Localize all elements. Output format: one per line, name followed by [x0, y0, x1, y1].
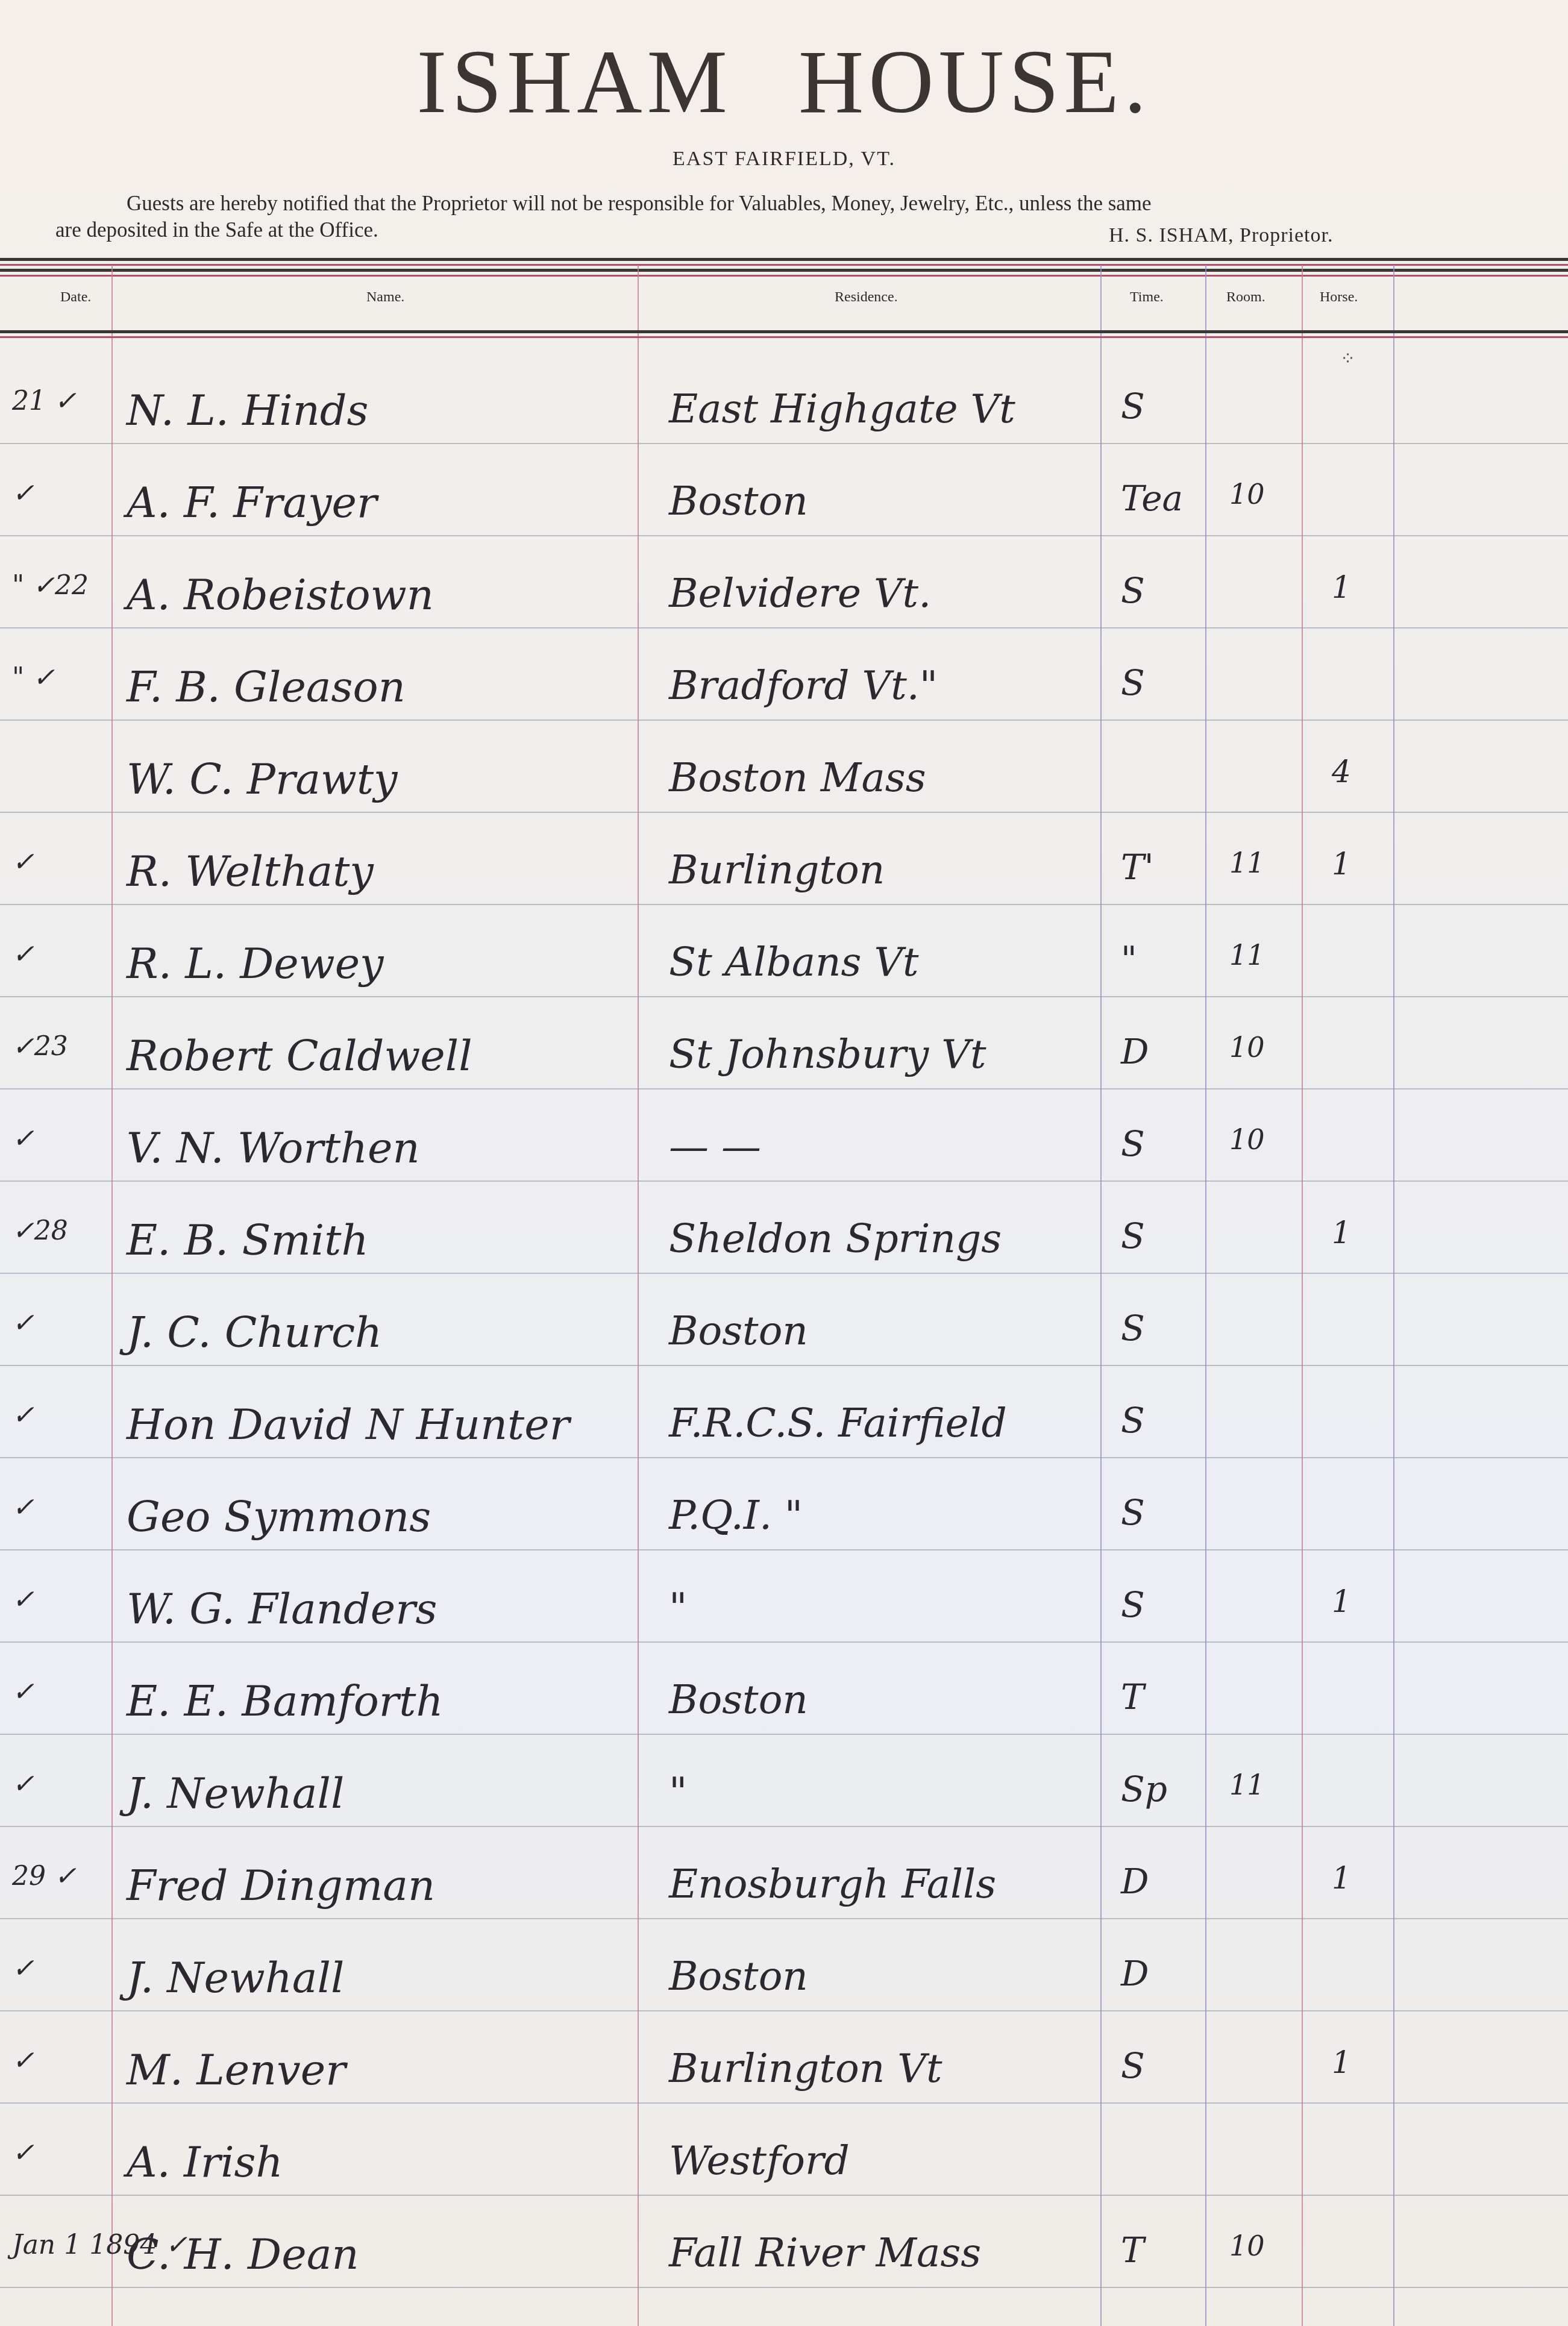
entry-date: " ✓22	[12, 570, 89, 601]
entry-date: ✓	[12, 1492, 34, 1523]
entry-name: J. Newhall	[127, 1953, 344, 2002]
ruled-line	[0, 2010, 1568, 2011]
entry-name: Geo Symmons	[127, 1492, 431, 1541]
register-row: ✓J. NewhallBostonD	[0, 1935, 1568, 2024]
entry-room: 11	[1229, 847, 1265, 879]
entry-date: ✓	[12, 2045, 34, 2076]
entry-time: Sp	[1121, 1769, 1167, 1810]
ruled-line	[0, 535, 1568, 536]
ruled-line	[0, 627, 1568, 629]
entry-date: ✓	[12, 1769, 34, 1799]
entry-name: Fred Dingman	[127, 1861, 435, 1910]
entry-name: M. Lenver	[127, 2045, 346, 2095]
entry-date: ✓	[12, 1308, 34, 1338]
register-row: ✓23Robert CaldwellSt Johnsbury VtD10	[0, 1013, 1568, 1102]
entry-residence: P.Q.I. "	[669, 1492, 803, 1538]
register-row: ✓W. G. Flanders"S1	[0, 1566, 1568, 1655]
entry-residence: Boston	[669, 1953, 808, 1999]
entry-date: ✓	[12, 847, 34, 877]
ruled-line	[0, 1365, 1568, 1366]
ruled-line	[0, 1088, 1568, 1089]
entry-residence: Boston	[669, 478, 808, 524]
entry-date: ✓	[12, 1953, 34, 1984]
entry-name: A. Robeistown	[127, 570, 434, 619]
entry-time: S	[1121, 1215, 1145, 1256]
entry-time: S	[1121, 1308, 1145, 1349]
register-row: ✓J. C. ChurchBostonS	[0, 1290, 1568, 1379]
entry-date: ✓	[12, 1123, 34, 1154]
entry-horse: 1	[1332, 2045, 1351, 2080]
ruled-line	[0, 904, 1568, 905]
register-row: ✓V. N. Worthen— —S10	[0, 1105, 1568, 1194]
register-row: ✓Geo SymmonsP.Q.I. "S	[0, 1474, 1568, 1563]
register-row: ✓R. WelthatyBurlingtonT'111	[0, 829, 1568, 918]
entry-date: 29 ✓	[12, 1861, 77, 1892]
ruled-line	[0, 719, 1568, 721]
entry-residence: Belvidere Vt.	[669, 570, 931, 616]
entry-name: E. B. Smith	[127, 1215, 368, 1265]
entry-residence: Burlington Vt	[669, 2045, 942, 2092]
entry-name: C. H. Dean	[127, 2230, 359, 2279]
ruled-line	[0, 2195, 1568, 2196]
entry-name: A. Irish	[127, 2137, 283, 2187]
entry-residence: Enosburgh Falls	[669, 1861, 996, 1907]
register-page: ISHAMHOUSE. EAST FAIRFIELD, VT. Guests a…	[0, 0, 1568, 2326]
entry-time: D	[1121, 1861, 1149, 1902]
entry-name: A. F. Frayer	[127, 478, 377, 527]
register-row: " ✓22A. RobeistownBelvidere Vt.S1	[0, 552, 1568, 641]
register-row: ✓28E. B. SmithSheldon SpringsS1	[0, 1197, 1568, 1287]
register-row: ✓Hon David N HunterF.R.C.S. FairfieldS	[0, 1382, 1568, 1471]
ruled-line	[0, 1734, 1568, 1735]
entry-residence: Westford	[669, 2137, 850, 2184]
entry-horse: 1	[1332, 1584, 1351, 1619]
entry-date: ✓	[12, 1400, 34, 1431]
ruled-line	[0, 1826, 1568, 1827]
entry-name: R. L. Dewey	[127, 939, 384, 988]
ruled-line	[0, 1641, 1568, 1643]
entry-name: W. G. Flanders	[127, 1584, 437, 1634]
entry-date: ✓23	[12, 1031, 68, 1062]
register-row: 29 ✓Fred DingmanEnosburgh FallsD1	[0, 1843, 1568, 1932]
entry-residence: Burlington	[669, 847, 885, 893]
entry-name: Hon David N Hunter	[127, 1400, 569, 1449]
entry-name: W. C. Prawty	[127, 754, 398, 804]
entry-residence: Boston	[669, 1308, 808, 1354]
ruled-line	[0, 996, 1568, 997]
register-row: ✓R. L. DeweySt Albans Vt"11	[0, 921, 1568, 1010]
register-header: ISHAMHOUSE. EAST FAIRFIELD, VT. Guests a…	[0, 0, 1568, 265]
entry-date: ✓	[12, 939, 34, 970]
ruled-line	[0, 1918, 1568, 1919]
header-rule-bottom	[0, 330, 1568, 341]
entry-name: F. B. Gleason	[127, 662, 406, 712]
entry-room: 10	[1229, 1031, 1265, 1064]
ruled-line	[0, 1273, 1568, 1274]
hotel-title: ISHAMHOUSE.	[0, 30, 1568, 134]
col-header-residence: Residence.	[835, 289, 898, 306]
entry-time: S	[1121, 1400, 1145, 1441]
entry-time: S	[1121, 1123, 1145, 1164]
entry-room: 10	[1229, 478, 1265, 510]
col-header-horse: Horse.	[1320, 289, 1358, 306]
hotel-location: EAST FAIRFIELD, VT.	[0, 148, 1568, 171]
entry-date: ✓	[12, 1676, 34, 1707]
entry-time: S	[1121, 1492, 1145, 1533]
register-row: " ✓F. B. GleasonBradford Vt."S	[0, 644, 1568, 733]
ruled-line	[0, 1457, 1568, 1458]
ruled-line	[0, 2102, 1568, 2104]
entry-name: R. Welthaty	[127, 847, 374, 896]
register-row: W. C. PrawtyBoston Mass4	[0, 736, 1568, 826]
entry-residence: Sheldon Springs	[669, 1215, 1002, 1262]
entry-time: T'	[1121, 847, 1154, 888]
col-header-room: Room.	[1226, 289, 1265, 306]
register-row: ✓M. LenverBurlington VtS1	[0, 2027, 1568, 2116]
entry-residence: Fall River Mass	[669, 2230, 981, 2276]
ink-speck: ⁘	[1340, 348, 1355, 369]
entry-time: S	[1121, 570, 1145, 611]
entry-residence: Boston Mass	[669, 754, 926, 801]
entry-time: D	[1121, 1031, 1149, 1072]
entry-time: T	[1121, 1676, 1144, 1717]
entry-residence: East Highgate Vt	[669, 386, 1015, 432]
ruled-line	[0, 2287, 1568, 2288]
register-row: Jan 1 1894 ✓C. H. DeanFall River MassT10	[0, 2212, 1568, 2301]
entry-horse: 4	[1332, 754, 1351, 789]
title-word-house: HOUSE.	[798, 32, 1152, 132]
register-row: 21 ✓N. L. HindsEast Highgate VtS	[0, 368, 1568, 457]
ruled-line	[0, 1180, 1568, 1182]
entry-time: D	[1121, 1953, 1149, 1994]
entry-residence: Bradford Vt."	[669, 662, 938, 709]
entry-residence: — —	[669, 1123, 761, 1170]
header-rule-top	[0, 258, 1568, 280]
col-header-time: Time.	[1130, 289, 1164, 306]
entry-room: 11	[1229, 939, 1265, 971]
entry-residence: Boston	[669, 1676, 808, 1723]
entry-date: ✓28	[12, 1215, 68, 1246]
entry-date: " ✓	[12, 662, 55, 693]
entry-residence: St Johnsbury Vt	[669, 1031, 986, 1077]
ruled-line	[0, 443, 1568, 444]
entry-name: V. N. Worthen	[127, 1123, 420, 1173]
proprietor-name: H. S. ISHAM, Proprietor.	[1109, 224, 1334, 247]
entry-date: 21 ✓	[12, 386, 77, 416]
entry-horse: 1	[1332, 847, 1351, 882]
entry-room: 11	[1229, 1769, 1265, 1801]
entry-time: S	[1121, 386, 1145, 427]
entry-time: "	[1121, 939, 1137, 980]
entry-room: 10	[1229, 2230, 1265, 2262]
ruled-line	[0, 1549, 1568, 1550]
entry-time: T	[1121, 2230, 1144, 2271]
register-row: ✓J. Newhall"Sp11	[0, 1751, 1568, 1840]
entry-residence: St Albans Vt	[669, 939, 919, 985]
liability-notice-line1: Guests are hereby notified that the Prop…	[127, 192, 1152, 216]
entry-date: ✓	[12, 2137, 34, 2168]
entry-residence: F.R.C.S. Fairfield	[669, 1400, 1007, 1446]
entry-room: 10	[1229, 1123, 1265, 1156]
entry-time: S	[1121, 662, 1145, 703]
entry-name: J. Newhall	[127, 1769, 344, 1818]
entry-name: Robert Caldwell	[127, 1031, 472, 1080]
entry-name: N. L. Hinds	[127, 386, 369, 435]
entry-residence: "	[669, 1769, 687, 1815]
entry-time: Tea	[1121, 478, 1183, 519]
entry-date: ✓	[12, 478, 34, 509]
col-header-name: Name.	[366, 289, 404, 306]
entry-name: E. E. Bamforth	[127, 1676, 443, 1726]
entry-time: S	[1121, 1584, 1145, 1625]
title-word-isham: ISHAM	[417, 32, 732, 132]
entry-time: S	[1121, 2045, 1145, 2086]
entry-horse: 1	[1332, 1215, 1351, 1250]
entry-horse: 1	[1332, 1861, 1351, 1896]
liability-notice-line2: are deposited in the Safe at the Office.	[55, 218, 378, 242]
entry-date: ✓	[12, 1584, 34, 1615]
register-row: ✓E. E. BamforthBostonT	[0, 1658, 1568, 1748]
entry-residence: "	[669, 1584, 687, 1631]
register-row: ✓A. F. FrayerBostonTea10	[0, 460, 1568, 549]
entry-name: J. C. Church	[127, 1308, 382, 1357]
entry-horse: 1	[1332, 570, 1351, 605]
register-row: ✓A. IrishWestford	[0, 2119, 1568, 2208]
col-header-date: Date.	[60, 289, 91, 306]
ruled-line	[0, 812, 1568, 813]
